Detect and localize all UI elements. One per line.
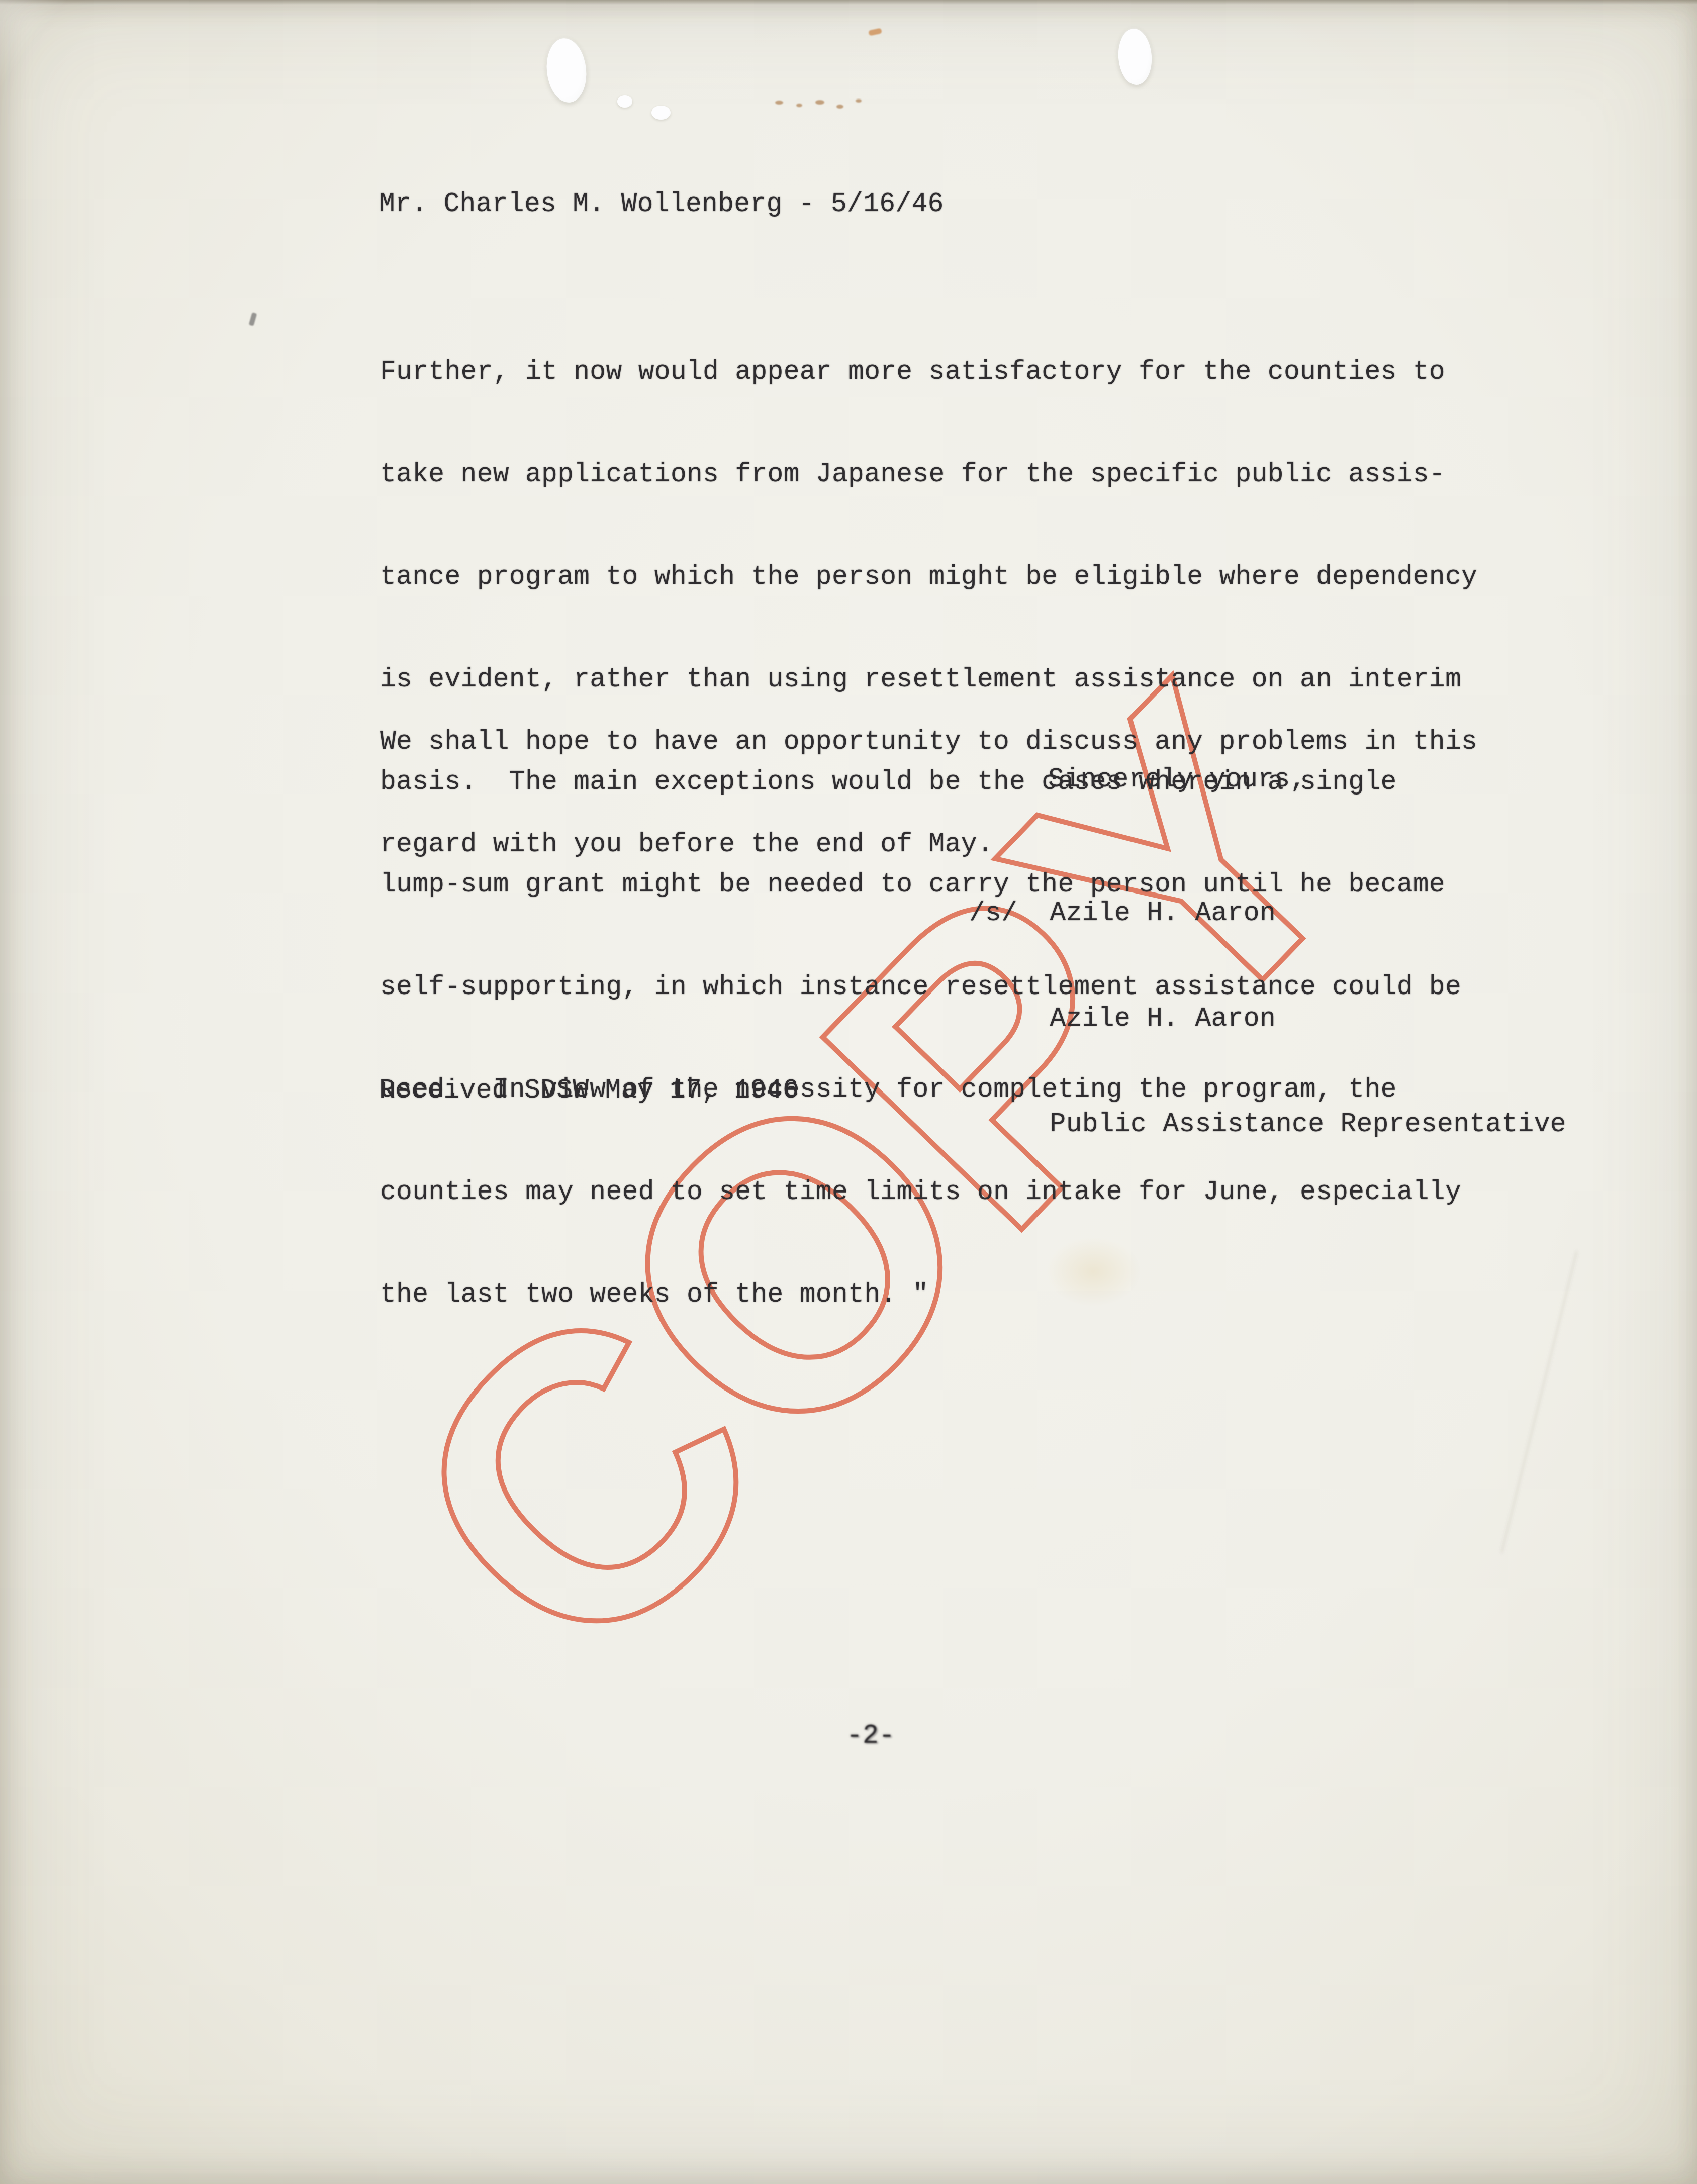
- scanned-letter-page: COPY Mr. Charles M. Wollenberg - 5/16/46…: [0, 0, 1697, 2184]
- paragraph-line: the last two weeks of the month. ": [380, 1277, 1477, 1312]
- paragraph-line: take new applications from Japanese for …: [380, 457, 1477, 491]
- paragraph-line: tance program to which the person might …: [380, 560, 1477, 594]
- paragraph-line: Further, it now would appear more satisf…: [380, 355, 1477, 389]
- letter-content: Mr. Charles M. Wollenberg - 5/16/46 Furt…: [0, 0, 1697, 2184]
- signature-block: /s/ Azile H. Aaron Azile H. Aaron Public…: [969, 825, 1566, 1212]
- letter-recipient-date-line: Mr. Charles M. Wollenberg - 5/16/46: [379, 187, 944, 221]
- page-number: -2-: [846, 1719, 895, 1753]
- received-stamp-line: Received SDSW May 17, 1946: [379, 1073, 799, 1108]
- closing-phrase: Sincerely yours,: [1048, 762, 1306, 797]
- paragraph-line: We shall hope to have an opportunity to …: [380, 725, 1477, 759]
- signature-title: Public Assistance Representative: [969, 1107, 1566, 1142]
- signature-initials-line: /s/ Azile H. Aaron: [969, 896, 1566, 931]
- signature-typed-name: Azile H. Aaron: [969, 1001, 1566, 1036]
